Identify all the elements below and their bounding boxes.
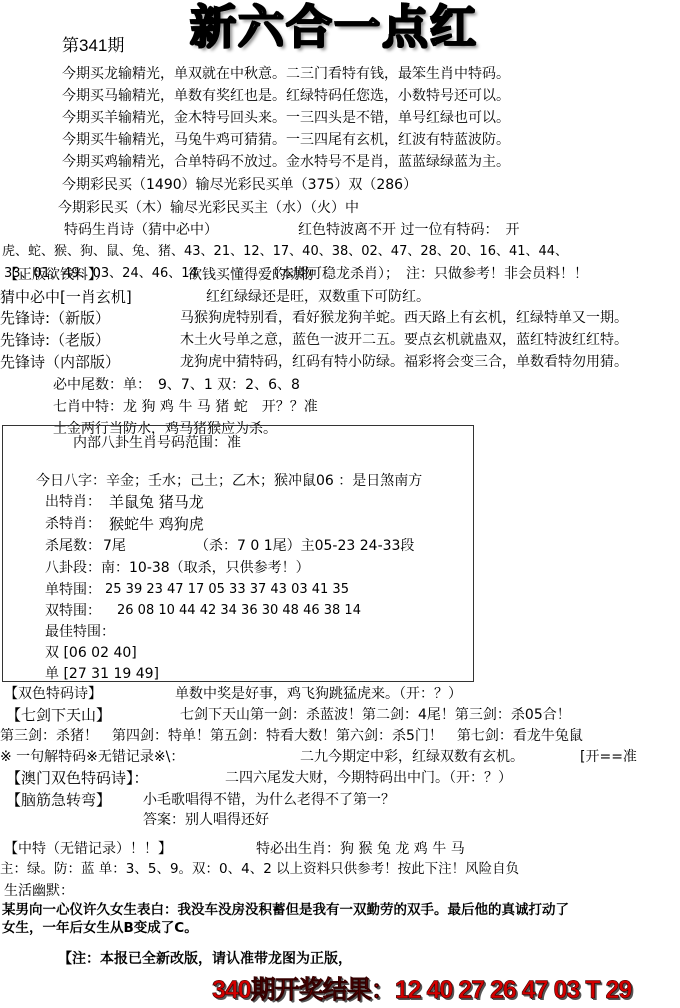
seven-zodiac: 七肖中特：龙 狗 鸡 牛 马 猪 蛇 开？？准 [53,400,318,414]
two-color-label: 【双色特码诗】 [4,687,102,701]
two-color-text: 单数中奖是好事，鸡飞狗跳猛虎来。（开：？） [175,687,462,701]
tail-numbers: 必中尾数：单： 9、7、1 双：2、6、8 [53,378,300,392]
kill-tail-label: 杀尾数： [45,539,101,553]
main-line: 主：绿。防：蓝 单：3、5、9。双：0、4、2 以上资料只供参考！按此下注！风险… [0,863,519,877]
section-text-xianfeng-inner: 龙狗虎中猜特码，红码有特小防绿。福彩将会变三合，单数看特勿用猜。 [180,355,628,369]
even-range-numbers: 26 08 10 44 42 34 36 30 48 46 38 14 [117,604,361,617]
seven-sword-text-1: 七剑下天山第一剑：杀蓝波！第二剑：4尾！第三剑：杀05合！ [180,708,571,722]
section-label-yixiao: 猜中必中[一肖玄机] [0,290,132,305]
buy-line: 今期彩民买（木）输尽光彩民买主（水）（火）中 [58,201,359,215]
zhongte-label: 【中特（无错记录）！！】 [4,842,172,856]
kill-tail-extra: （杀：7 0 1尾）主05-23 24-33段 [195,539,414,553]
section-text-yixiao: 红红绿绿还是旺，双数重下可防红。 [206,290,430,304]
macau-label: 【澳门双色特码诗】： [6,771,149,786]
riddle-label: 【脑筋急转弯】 [6,793,111,808]
bagua-bazi: 今日八字：辛金；壬水；己土；乙木；猴冲鼠06 ：是日煞南方 [36,474,422,488]
section-label-xianfeng-old: 先锋诗:（老版） [0,333,110,348]
section-label-xianfeng-inner: 先锋诗（内部版） [0,355,120,370]
newspaper-title: 新六合一点红 [190,4,478,50]
intro-line: 今期买马输精光，单数有奖红也是。红绿特码任您选，小数特号还可以。 [62,89,510,103]
kill-zodiac-label: 杀特肖： [45,517,101,531]
draw-result: 340期开奖结果：12 40 27 26 47 03 T 29 [212,978,631,1003]
best-range-label: 最佳特围： [45,625,115,639]
intro-line: 今期买羊输精光，金木特号回头来。一三四头是不错，单号红绿也可以。 [62,111,510,125]
intro-line: 今期买牛输精光，马兔牛鸡可猜猜。一三四尾有玄机，红波有特蓝波防。 [62,133,510,147]
bagua-title: 内部八卦生肖号码范围：准 [73,436,241,450]
poem-header-left: 特码生肖诗（猜中必中） [64,223,218,237]
section-label-zhengban: 【正版欲钱料】） [4,268,109,282]
intro-line: 今期买鸡输精光，合单特码不放过。金水特号不是肖，蓝蓝绿绿蓝为主。 [62,155,510,169]
macau-text: 二四六尾发大财，今期特码出中门。（开：？） [225,771,512,785]
humor-line: 女生，一年后女生从B变成了C。 [2,922,198,936]
one-line-tail: [开==准 [580,750,637,764]
humor-line: 某男向一心仪许久女生表白：我没车没房没积蓄但是我有一双勤劳的双手。最后他的真诚打… [2,904,569,918]
poem-header-right: 红色特波离不开 过一位有特码： 开 [298,223,519,237]
buy-line: 今期彩民买（1490）输尽光彩民买单（375）双（286） [62,178,417,192]
section-text-xianfeng-new: 马猴狗虎特别看，看好猴龙狗羊蛇。西天路上有玄机，红绿特单又一期。 [180,311,628,325]
section-text-zhengban: 欲钱买懂得爱的动物 [188,268,314,282]
footer-note: 【注：本报已全新改版，请认准带龙图为正版， [58,952,352,966]
best-odd: 单 [27 31 19 49] [45,667,159,681]
seven-sword-label: 【七剑下天山】 [6,708,111,723]
one-line-text: 二九今期定中彩，红绿双数有玄机。 [300,750,524,764]
riddle-question: 小毛歌唱得不错，为什么老得不了第一？ [143,793,395,807]
humor-label: 生活幽默： [4,884,74,898]
even-range-label: 双特围： [45,604,101,618]
issue-number: 第341期 [62,37,124,54]
out-zodiac-label: 出特肖： [45,495,101,509]
number-line: 虎、蛇、猴、狗、鼠、兔、猪、43、21、12、17、40、38、02、47、28… [2,245,568,258]
section-text-xianfeng-old: 木土火号单之意，蓝色一波开二五。要点玄机就蛊双，蓝红特波红红特。 [180,333,628,347]
riddle-answer: 答案：别人唱得还好 [143,813,269,827]
kill-tail-value: 7尾 [103,539,126,553]
one-line-label: ※ 一句解特码※无错记录※\： [0,750,184,764]
odd-range-numbers: 25 39 23 47 17 05 33 37 43 03 41 35 [105,583,349,596]
best-even: 双 [06 02 40] [45,646,137,660]
section-label-xianfeng-new: 先锋诗:（新版） [0,311,110,326]
intro-line: 今期买龙输精光，单双就在中秋意。二三门看特有钱，最笨生肖中特码。 [62,67,510,81]
seven-sword-text-2: 第三剑：杀猪！ 第四剑：特单！第五剑：特看大数！第六剑：杀5门！ 第七剑：看龙牛… [0,729,583,743]
bagua-box: 内部八卦生肖号码范围：准 今日八字：辛金；壬水；己土；乙木；猴冲鼠06 ：是日煞… [2,425,474,682]
number-note: （本期可稳龙杀肖）； 注：只做参考！非会员料！！ [266,267,588,281]
odd-range-label: 单特围： [45,583,101,597]
zhongte-text: 特必出生肖：狗 猴 兔 龙 鸡 牛 马 [256,842,465,856]
kill-zodiac-value: 猴蛇牛 鸡狗虎 [109,517,204,532]
out-zodiac-value: 羊鼠兔 猪马龙 [109,495,204,510]
bagua-segment: 八卦段：南：10-38（取杀，只供参考！） [45,561,310,575]
